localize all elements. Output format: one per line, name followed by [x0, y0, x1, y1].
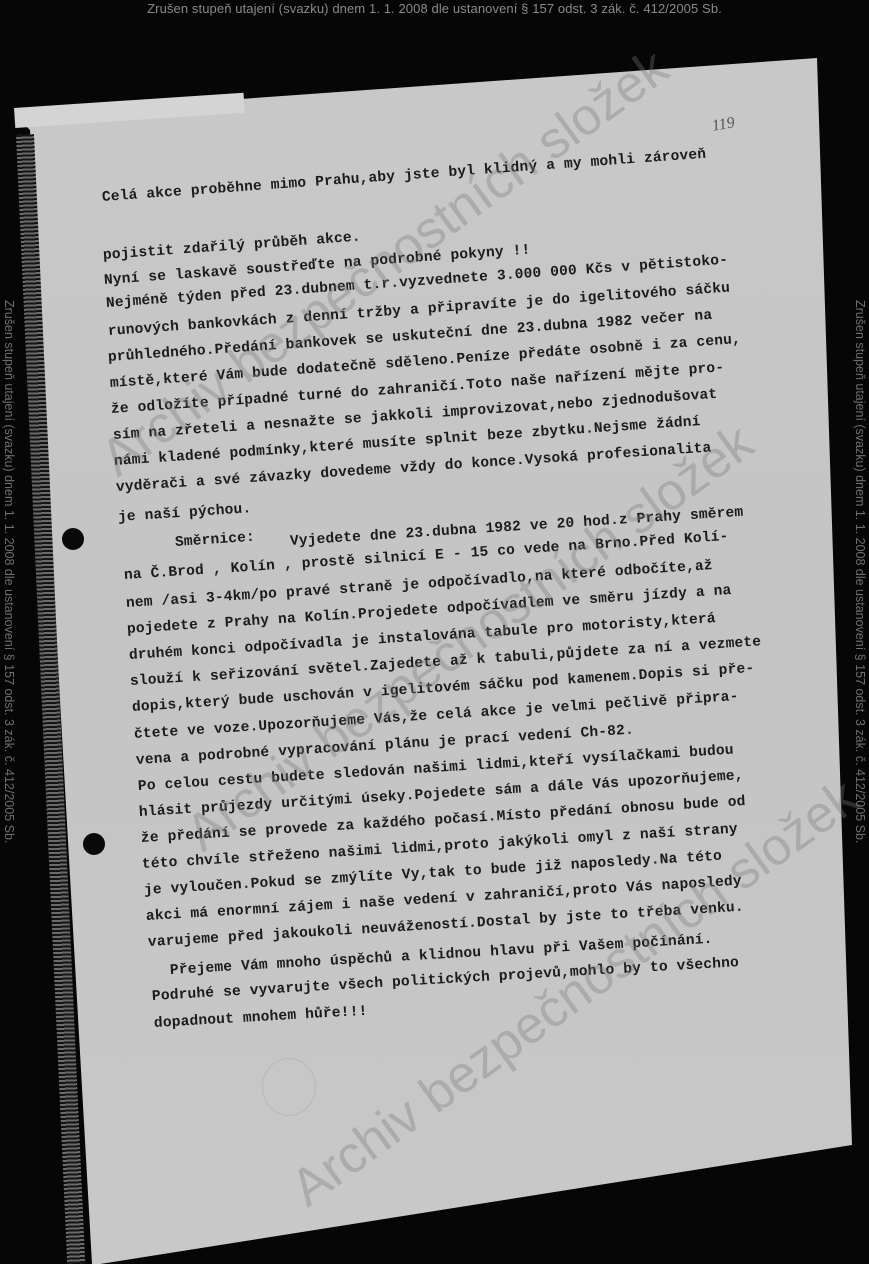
letter-line: dopadnout mnohem hůře!!! [154, 1004, 368, 1032]
letter-line: Celá akce proběhne mimo Prahu,aby jste b… [101, 147, 706, 206]
section-heading-smernice: Směrnice: [174, 530, 255, 551]
letter-line: je naší pýchou. [117, 501, 251, 526]
faded-seal-stamp [262, 1058, 316, 1116]
